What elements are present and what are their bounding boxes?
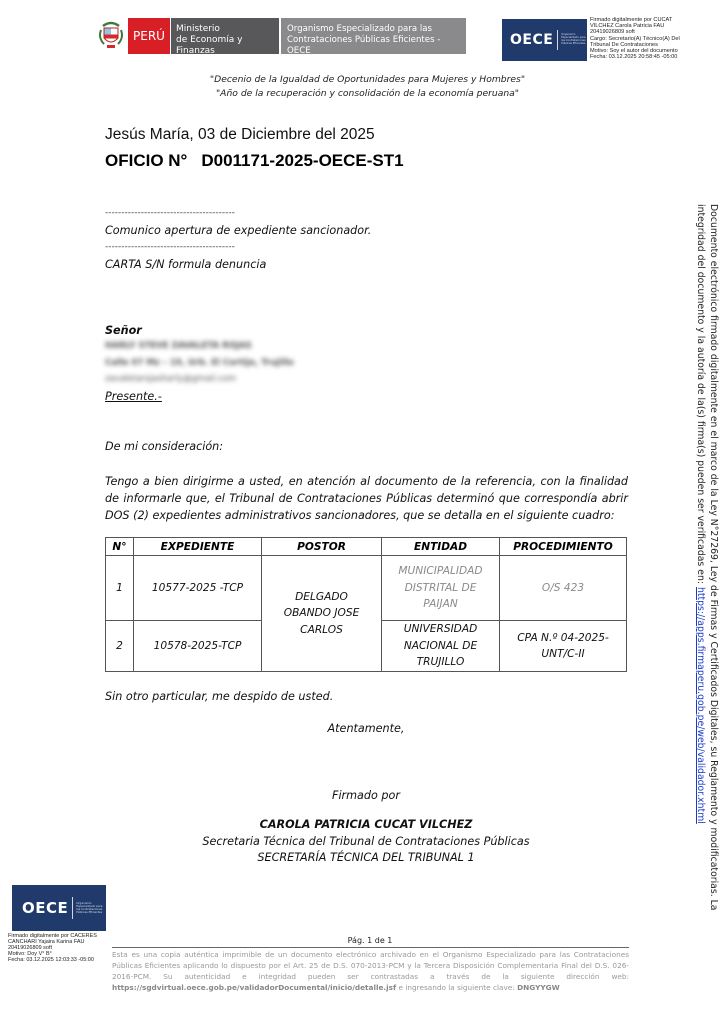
header-n: N°	[106, 538, 134, 556]
side-note-line-1: Documento electrónico firmado digitalmen…	[707, 204, 720, 854]
agency-line-2: Contrataciones Públicas Eficientes - OEC…	[287, 35, 466, 57]
logo-divider	[557, 30, 558, 50]
header-entidad: ENTIDAD	[382, 538, 500, 556]
footer-text-1: Esta es una copia auténtica imprimible d…	[112, 950, 629, 981]
ministry-line-2: de Economía y Finanzas	[176, 35, 279, 57]
closing-line: Sin otro particular, me despido de usted…	[105, 690, 333, 703]
country-label: PERÚ	[133, 29, 165, 43]
agency-line-1: Organismo Especializado para las	[287, 24, 466, 35]
cell-expediente: 10577-2025 -TCP	[134, 556, 262, 621]
coat-of-arms-icon	[98, 20, 124, 50]
oficio-number: D001171-2025-OECE-ST1	[201, 151, 403, 170]
presente-label: Presente.-	[105, 390, 162, 403]
oficio-label: OFICIO N°	[105, 151, 187, 170]
oece-logo-top: OECE Organismo Especializado para las Co…	[502, 19, 587, 61]
stamp-line: Fecha: 03.12.2025 20:58:45 -05:00	[590, 54, 700, 60]
side-note-line-2: integridad del documento y la autoría de…	[694, 204, 707, 854]
firmaperu-validator-link[interactable]: https://apps.firmaperu.gob.pe/web/valida…	[695, 587, 706, 824]
footer-divider	[112, 947, 629, 948]
digital-signature-stamp-top: Firmado digitalmente por CUCAT VILCHEZ C…	[590, 17, 700, 60]
cell-procedimiento: O/S 423	[500, 556, 627, 621]
divider-dashes: ----------------------------------------	[105, 208, 235, 218]
header-expediente: EXPEDIENTE	[134, 538, 262, 556]
stamp-line: Fecha: 03.12.2025 12:03:33 -05:00	[8, 957, 118, 963]
footer-disclaimer: Esta es una copia auténtica imprimible d…	[112, 949, 629, 993]
oficio-heading: OFICIO N°D001171-2025-OECE-ST1	[105, 151, 404, 171]
motto-1: "Decenio de la Igualdad de Oportunidades…	[100, 73, 635, 87]
greeting: De mi consideración:	[105, 440, 223, 453]
recipient-email: zavaletarojasharly@gmail.com	[105, 374, 236, 384]
recipient-address: Calle 07 Mz – 19, Urb. El Cortijo, Truji…	[105, 358, 294, 368]
reference-line: CARTA S/N formula denuncia	[105, 258, 266, 271]
cell-expediente: 10578-2025-TCP	[134, 621, 262, 672]
salutation-title: Señor	[105, 324, 142, 337]
ministry-logo: Ministerio de Economía y Finanzas	[171, 18, 279, 54]
regards: Atentamente,	[105, 722, 627, 735]
cell-entidad: UNIVERSIDAD NACIONAL DE TRUJILLO	[382, 621, 500, 672]
cell-entidad: MUNICIPALIDAD DISTRITAL DE PAIJAN	[382, 556, 500, 621]
cell-n: 2	[106, 621, 134, 672]
table-header-row: N° EXPEDIENTE POSTOR ENTIDAD PROCEDIMIEN…	[106, 538, 627, 556]
expedientes-table: N° EXPEDIENTE POSTOR ENTIDAD PROCEDIMIEN…	[105, 537, 627, 672]
signer-name: CAROLA PATRICIA CUCAT VILCHEZ	[105, 818, 627, 831]
signer-unit: SECRETARÍA TÉCNICA DEL TRIBUNAL 1	[105, 851, 627, 864]
header-procedimiento: PROCEDIMIENTO	[500, 538, 627, 556]
motto-2: "Año de la recuperación y consolidación …	[100, 87, 635, 101]
oece-wordmark: OECE	[510, 32, 553, 48]
agency-logo: Organismo Especializado para las Contrat…	[281, 18, 466, 54]
logo-divider	[72, 897, 73, 919]
footer-text-2: e ingresando la siguiente clave:	[399, 983, 515, 992]
cell-procedimiento: CPA N.º 04-2025-UNT/C-II	[500, 621, 627, 672]
table-row: 1 10577-2025 -TCP DELGADO OBANDO JOSE CA…	[106, 556, 627, 621]
cell-postor: DELGADO OBANDO JOSE CARLOS	[262, 556, 382, 672]
oece-tagline: Organismo Especializado para las Contrat…	[561, 34, 587, 46]
place-date: Jesús María, 03 de Diciembre del 2025	[105, 126, 375, 144]
page-number: Pág. 1 de 1	[105, 936, 635, 945]
side-note-text: integridad del documento y la autoría de…	[695, 204, 706, 584]
validator-url[interactable]: https://sgdvirtual.oece.gob.pe/validador…	[112, 983, 396, 992]
oece-wordmark: OECE	[22, 899, 68, 917]
header-postor: POSTOR	[262, 538, 382, 556]
subject-line: Comunico apertura de expediente sanciona…	[105, 224, 371, 237]
verification-key: DNGYYGW	[517, 983, 560, 992]
signer-role: Secretaria Técnica del Tribunal de Contr…	[105, 835, 627, 848]
cell-n: 1	[106, 556, 134, 621]
recipient-name: HARLY STEVE ZAVALETA ROJAS	[105, 341, 252, 351]
digital-signature-note: Documento electrónico firmado digitalmen…	[694, 204, 720, 854]
official-mottos: "Decenio de la Igualdad de Oportunidades…	[100, 73, 635, 101]
divider-dashes: ----------------------------------------	[105, 242, 235, 252]
body-paragraph: Tengo a bien dirigirme a usted, en atenc…	[105, 473, 628, 524]
digital-signature-stamp-bottom: Firmado digitalmente por CACERES CANCHAR…	[8, 933, 118, 963]
peru-logo: PERÚ	[128, 18, 170, 54]
oece-tagline: Organismo Especializado para las Contrat…	[76, 902, 106, 915]
ministry-line-1: Ministerio	[176, 24, 279, 35]
signed-by-label: Firmado por	[105, 789, 627, 802]
oece-logo-bottom: OECE Organismo Especializado para las Co…	[12, 885, 106, 931]
